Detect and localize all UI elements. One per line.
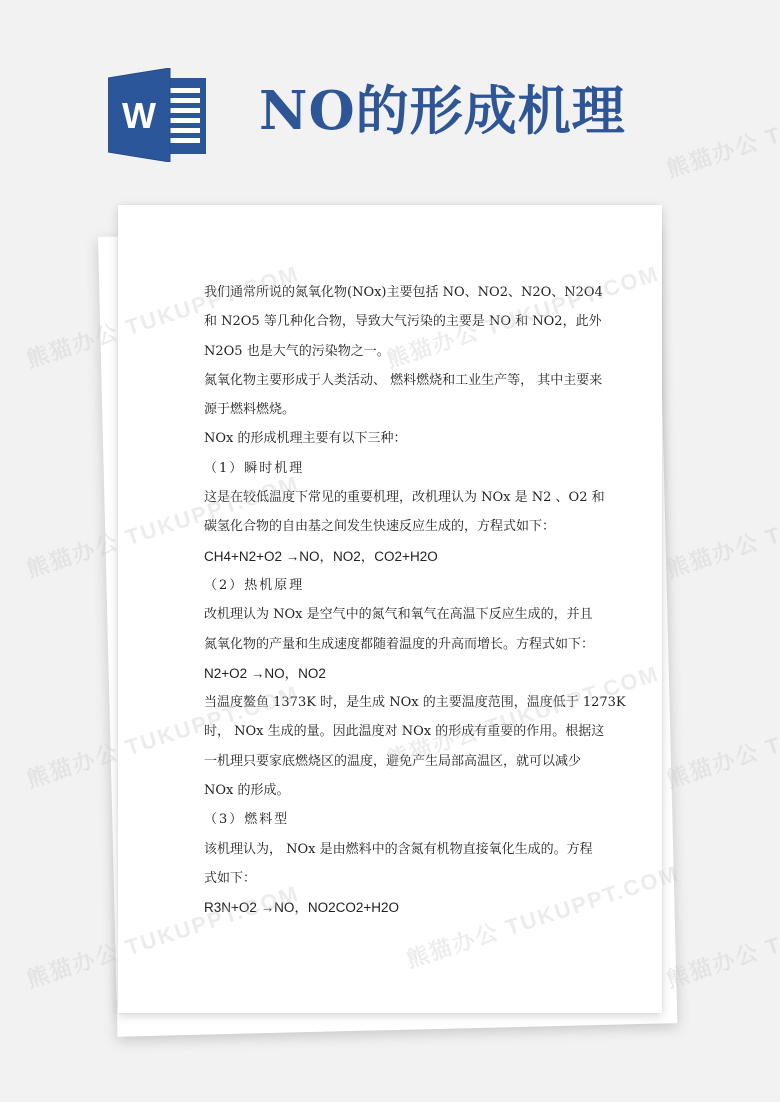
equation-line: CH4+N2+O2 →NO，NO2，CO2+H2O bbox=[204, 542, 634, 571]
paragraph-line: NOx 的形成。 bbox=[204, 776, 634, 805]
section-heading-1: （1）瞬时机理 bbox=[204, 454, 634, 483]
paragraph-line: 源于燃料燃烧。 bbox=[204, 395, 634, 424]
watermark: 熊猫办公 TUKUPPT.COM bbox=[662, 677, 780, 795]
paragraph-line: 我们通常所说的氮氧化物(NOx)主要包括 NO、NO2、N2O、N2O4 bbox=[204, 278, 634, 307]
equation-line: R3N+O2 →NO，NO2CO2+H2O bbox=[204, 893, 634, 922]
svg-text:W: W bbox=[122, 95, 156, 136]
paragraph-line: 氮氧化物主要形成于人类活动、 燃料燃烧和工业生产等， 其中主要来 bbox=[204, 366, 634, 395]
watermark: 熊猫办公 TUKUPPT.COM bbox=[662, 67, 780, 185]
paragraph-line: NOx 的形成机理主要有以下三种： bbox=[204, 424, 634, 453]
equation-line: N2+O2 →NO，NO2 bbox=[204, 659, 634, 688]
paragraph-line: 式如下： bbox=[204, 864, 634, 893]
paragraph-line: N2O5 也是大气的污染物之一。 bbox=[204, 337, 634, 366]
paragraph-line: 时， NOx 生成的量。因此温度对 NOx 的形成有重要的作用。根据这 bbox=[204, 717, 634, 746]
section-heading-3: （3）燃料型 bbox=[204, 805, 634, 834]
paragraph-line: 一机理只要家底燃烧区的温度，避免产生局部高温区，就可以减少 bbox=[204, 747, 634, 776]
paragraph-line: 改机理认为 NOx 是空气中的氮气和氧气在高温下反应生成的，并且 bbox=[204, 600, 634, 629]
paragraph-line: 该机理认为， NOx 是由燃料中的含氮有机物直接氧化生成的。方程 bbox=[204, 835, 634, 864]
watermark: 熊猫办公 TUKUPPT.COM bbox=[662, 467, 780, 585]
paragraph-line: 氮氧化物的产量和生成速度都随着温度的升高而增长。方程式如下： bbox=[204, 630, 634, 659]
paragraph-line: 这是在较低温度下常见的重要机理，改机理认为 NOx 是 N2 、O2 和 bbox=[204, 483, 634, 512]
word-icon: W bbox=[108, 68, 208, 162]
document-title: NO的形成机理 bbox=[259, 76, 626, 146]
document-body: 我们通常所说的氮氧化物(NOx)主要包括 NO、NO2、N2O、N2O4 和 N… bbox=[204, 278, 634, 923]
paragraph-line: 碳氢化合物的自由基之间发生快速反应生成的，方程式如下： bbox=[204, 512, 634, 541]
document-page: 我们通常所说的氮氧化物(NOx)主要包括 NO、NO2、N2O、N2O4 和 N… bbox=[118, 205, 662, 1013]
section-heading-2: （2）热机原理 bbox=[204, 571, 634, 600]
paragraph-line: 和 N2O5 等几种化合物，导致大气污染的主要是 NO 和 NO2，此外 bbox=[204, 307, 634, 336]
watermark: 熊猫办公 TUKUPPT.COM bbox=[662, 877, 780, 995]
paragraph-line: 当温度鳌鱼 1373K 时，是生成 NOx 的主要温度范围，温度低于 1273K bbox=[204, 688, 634, 717]
